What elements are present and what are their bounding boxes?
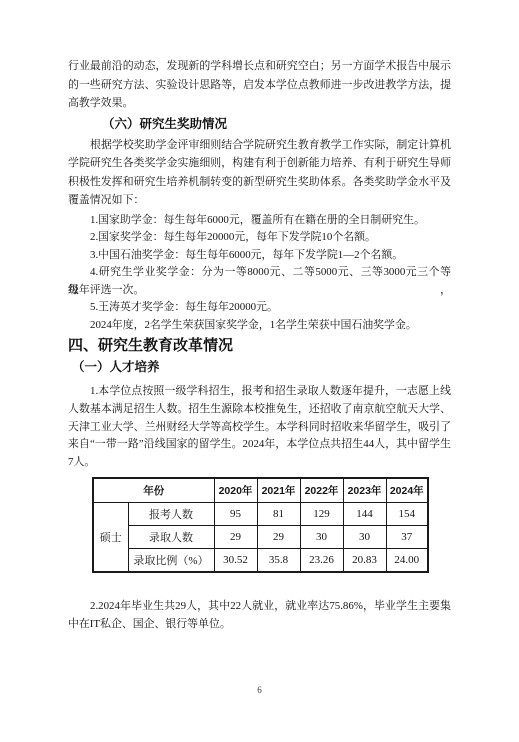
list-item: 3.中国石油奖学金：每生每年6000元，每年下发学院1—2个名额。 — [68, 247, 451, 265]
text-line: 的一些研究方法、实验设计思路等，启发本学位点教师进一步改进教学方法，提 — [68, 76, 451, 95]
heading-reform-chapter: 四、研究生教育改革情况 — [68, 336, 451, 356]
table-cell: 30 — [343, 525, 386, 548]
text-line: 积极性发挥和研究生培养机制转变的新型研究生奖助体系。各类奖助学金水平及 — [68, 173, 451, 192]
list-item: 1.国家助学金：每生每年6000元，覆盖所有在籍在册的全日制研究生。 — [68, 212, 451, 230]
table-cell: 129 — [300, 502, 343, 525]
paragraph-award-system: 根据学校奖助学金评审细则结合学院研究生教育教学工作实际，制定计算机 学院研究生各… — [68, 136, 451, 210]
table-cell: 23.26 — [300, 548, 343, 572]
table-row-label: 报考人数 — [128, 502, 214, 525]
table-cell: 37 — [386, 525, 428, 548]
page-content: 行业最前沿的动态，发现新的学科增长点和研究空白；另一方面学术报告中展示 的一些研… — [68, 57, 451, 634]
heading-award-section: （六）研究生奖助情况 — [68, 114, 451, 134]
table-header-2023: 2023年 — [343, 478, 386, 503]
text-line: 行业最前沿的动态，发现新的学科增长点和研究空白；另一方面学术报告中展示 — [68, 57, 451, 76]
table-header-2021: 2021年 — [257, 478, 300, 503]
text-line: 7人。 — [68, 454, 451, 472]
text-line: 1.本学位点按照一级学科招生，报考和招生录取人数逐年提升，一志愿上线 — [68, 383, 451, 401]
table-cell: 95 — [214, 502, 257, 525]
table-cell: 35.8 — [257, 548, 300, 572]
text-line: 2.2024年毕业生共29人，其中22人就业，就业率达75.86%，毕业学生主要… — [68, 597, 451, 616]
table-header-2022: 2022年 — [300, 478, 343, 503]
table-cell: 144 — [343, 502, 386, 525]
table-header-year-label: 年份 — [93, 478, 214, 503]
table-header-2020: 2020年 — [214, 478, 257, 503]
text-line: 天津工业大学、兰州财经大学等高校学生。本学科同时招收来华留学生，吸引了 — [68, 419, 451, 437]
list-item: 2.国家奖学金：每生每年20000元，每年下发学院10个名额。 — [68, 229, 451, 247]
table-row-applicants: 硕士 报考人数 95 81 129 144 154 — [93, 502, 428, 525]
text-line: 来自“一带一路”沿线国家的留学生。2024年，本学位点共招生44人，其中留学生 — [68, 436, 451, 454]
heading-talent-section: （一）人才培养 — [68, 358, 451, 377]
table-row-ratio: 录取比例（%） 30.52 35.8 23.26 20.83 24.00 — [93, 548, 428, 572]
table-cell: 20.83 — [343, 548, 386, 572]
text-line: 学院研究生各类奖学金实施细则，构建有利于创新能力培养、有利于研究生导师 — [68, 154, 451, 173]
table-cell: 30 — [300, 525, 343, 548]
list-item: 4.研究生学业奖学金：分为一等8000元、二等5000元、三等3000元三个等级… — [68, 264, 451, 282]
table-row-admitted: 录取人数 29 29 30 30 37 — [93, 525, 428, 548]
table-cell: 154 — [386, 502, 428, 525]
table-row-label: 录取人数 — [128, 525, 214, 548]
paragraph-academic-reports: 行业最前沿的动态，发现新的学科增长点和研究空白；另一方面学术报告中展示 的一些研… — [68, 57, 451, 113]
table-cell: 24.00 — [386, 548, 428, 572]
text-line: 2024年度，2名学生荣获国家奖学金，1名学生荣获中国石油奖学金。 — [68, 317, 451, 335]
scholarship-item-list: 1.国家助学金：每生每年6000元，覆盖所有在籍在册的全日制研究生。 2.国家奖… — [68, 212, 451, 335]
table-header-row: 年份 2020年 2021年 2022年 2023年 2024年 — [93, 478, 428, 503]
table-cell: 29 — [214, 525, 257, 548]
paragraph-graduates: 2.2024年毕业生共29人，其中22人就业，就业率达75.86%，毕业学生主要… — [68, 597, 451, 634]
text-line: 高教学效果。 — [68, 94, 451, 113]
table-cell: 30.52 — [214, 548, 257, 572]
table-cell: 81 — [257, 502, 300, 525]
table-cell: 29 — [257, 525, 300, 548]
document-page: 行业最前沿的动态，发现新的学科增长点和研究空白；另一方面学术报告中展示 的一些研… — [0, 0, 519, 742]
text-line: 覆盖情况如下： — [68, 191, 451, 210]
page-number: 6 — [0, 685, 519, 695]
admissions-table: 年份 2020年 2021年 2022年 2023年 2024年 硕士 报考人数… — [92, 477, 429, 573]
paragraph-admissions: 1.本学位点按照一级学科招生，报考和招生录取人数逐年提升，一志愿上线 人数基本满… — [68, 383, 451, 472]
text-line: 根据学校奖助学金评审细则结合学院研究生教育教学工作实际，制定计算机 — [68, 136, 451, 155]
table-group-label-master: 硕士 — [93, 502, 128, 572]
table-header-2024: 2024年 — [386, 478, 428, 503]
text-line: 人数基本满足招生人数。招生生源除本校推免生，还招收了南京航空航天大学、 — [68, 401, 451, 419]
table-row-label: 录取比例（%） — [128, 548, 214, 572]
text-line: 中在IT私企、国企、银行等单位。 — [68, 615, 451, 634]
list-item: 5.王涛英才奖学金：每生每年20000元。 — [68, 299, 451, 317]
